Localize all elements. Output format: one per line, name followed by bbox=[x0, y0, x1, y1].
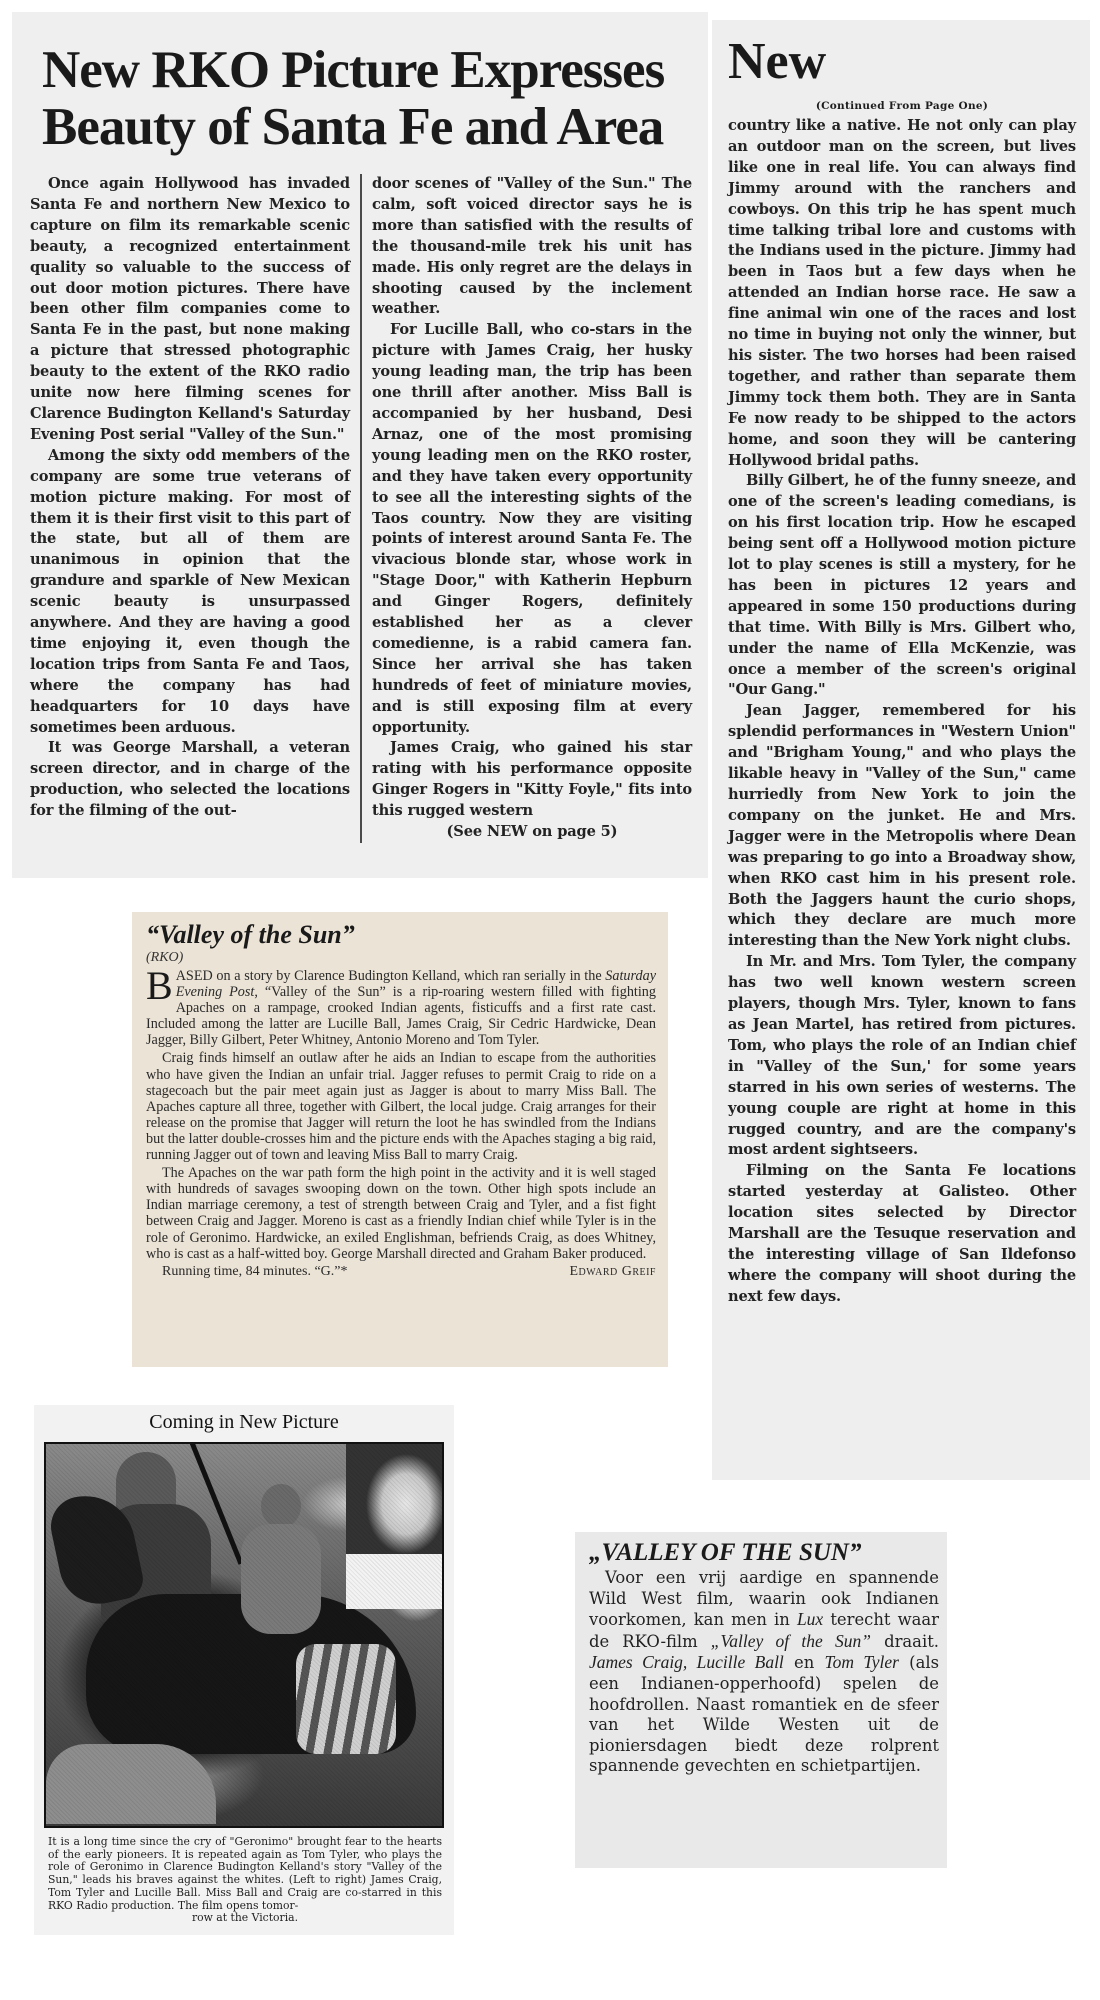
film-review-clipping: “Valley of the Sun” (RKO) BASED on a sto… bbox=[132, 912, 668, 1367]
article-column-middle: door scenes of "Valley of the Sun." The … bbox=[362, 174, 692, 843]
cinema-name: Lux bbox=[797, 1609, 823, 1629]
article-columns: Once again Hollywood has invaded Santa F… bbox=[30, 174, 692, 843]
paragraph: Among the sixty odd members of the compa… bbox=[30, 446, 350, 739]
dutch-title: „VALLEY OF THE SUN” bbox=[589, 1538, 939, 1568]
paragraph: James Craig, who gained his star rating … bbox=[372, 738, 692, 822]
text: en bbox=[784, 1653, 825, 1672]
rocks bbox=[46, 1744, 216, 1824]
paragraph: Craig finds himself an outlaw after he a… bbox=[146, 1050, 656, 1163]
horse-body bbox=[86, 1594, 416, 1754]
caption-text: It is a long time since the cry of "Gero… bbox=[48, 1835, 442, 1912]
review-studio: (RKO) bbox=[146, 950, 656, 966]
woman-blouse bbox=[346, 1554, 444, 1609]
indian-figure bbox=[261, 1484, 301, 1528]
indian-torso bbox=[241, 1524, 321, 1634]
text: ASED on a story by Clarence Budington Ke… bbox=[176, 968, 606, 984]
article-column-left: Once again Hollywood has invaded Santa F… bbox=[30, 174, 362, 843]
film-title: „Valley of the Sun” bbox=[711, 1631, 871, 1651]
news-clipping-continued-article: New (Continued From Page One) country li… bbox=[712, 20, 1090, 1480]
article-headline: New RKO Picture Expresses Beauty of Sant… bbox=[42, 42, 692, 156]
paragraph: Filming on the Santa Fe locations starte… bbox=[728, 1161, 1076, 1307]
news-clipping-main-article: New RKO Picture Expresses Beauty of Sant… bbox=[12, 12, 708, 878]
photo-heading: Coming in New Picture bbox=[40, 1405, 448, 1434]
paragraph: It was George Marshall, a veteran screen… bbox=[30, 738, 350, 822]
dutch-body: Voor een vrij aardige en spannende Wild … bbox=[589, 1568, 939, 1777]
jump-line: (See NEW on page 5) bbox=[372, 822, 692, 843]
cast-names: James Craig, Lucille Ball bbox=[589, 1652, 784, 1672]
review-byline: Edward Greif bbox=[570, 1264, 657, 1280]
film-still-photo bbox=[44, 1442, 444, 1828]
blanket bbox=[296, 1644, 396, 1754]
running-time: Running time, 84 minutes. “G.”* bbox=[162, 1264, 347, 1280]
rifle bbox=[186, 1442, 243, 1565]
photo-clipping: Coming in New Picture It is a long time … bbox=[34, 1405, 454, 1935]
paragraph: Once again Hollywood has invaded Santa F… bbox=[30, 174, 350, 446]
paragraph: Billy Gilbert, he of the funny sneeze, a… bbox=[728, 471, 1076, 701]
paragraph: country like a native. He not only can p… bbox=[728, 116, 1076, 471]
paragraph: Jean Jagger, remembered for his splendid… bbox=[728, 701, 1076, 952]
headline-line-1: New RKO Picture Expresses bbox=[42, 42, 692, 99]
cast-name: Tom Tyler bbox=[824, 1652, 899, 1672]
caption-last-line: row at the Victoria. bbox=[48, 1912, 442, 1925]
rider-torso bbox=[101, 1504, 211, 1624]
paragraph: For Lucille Ball, who co-stars in the pi… bbox=[372, 320, 692, 738]
continued-label: (Continued From Page One) bbox=[728, 100, 1076, 112]
review-body: BASED on a story by Clarence Budington K… bbox=[146, 968, 656, 1262]
text: draait. bbox=[871, 1632, 939, 1651]
woman-portrait bbox=[346, 1444, 444, 1609]
horse-shape bbox=[45, 1487, 146, 1611]
drop-cap: B bbox=[146, 970, 173, 1002]
dutch-news-clipping: „VALLEY OF THE SUN” Voor een vrij aardig… bbox=[575, 1532, 947, 1868]
paragraph: The Apaches on the war path form the hig… bbox=[146, 1165, 656, 1262]
paragraph: door scenes of "Valley of the Sun." The … bbox=[372, 174, 692, 320]
photo-caption: It is a long time since the cry of "Gero… bbox=[48, 1836, 442, 1925]
headline-line-2: Beauty of Santa Fe and Area bbox=[42, 99, 692, 156]
paragraph: BASED on a story by Clarence Budington K… bbox=[146, 968, 656, 1048]
review-footer: Running time, 84 minutes. “G.”* Edward G… bbox=[146, 1264, 656, 1280]
rider-figure bbox=[116, 1452, 176, 1522]
review-title: “Valley of the Sun” bbox=[146, 920, 656, 950]
article-body: country like a native. He not only can p… bbox=[728, 116, 1076, 1308]
article-headline: New bbox=[728, 34, 1076, 90]
paragraph: In Mr. and Mrs. Tom Tyler, the company h… bbox=[728, 952, 1076, 1161]
